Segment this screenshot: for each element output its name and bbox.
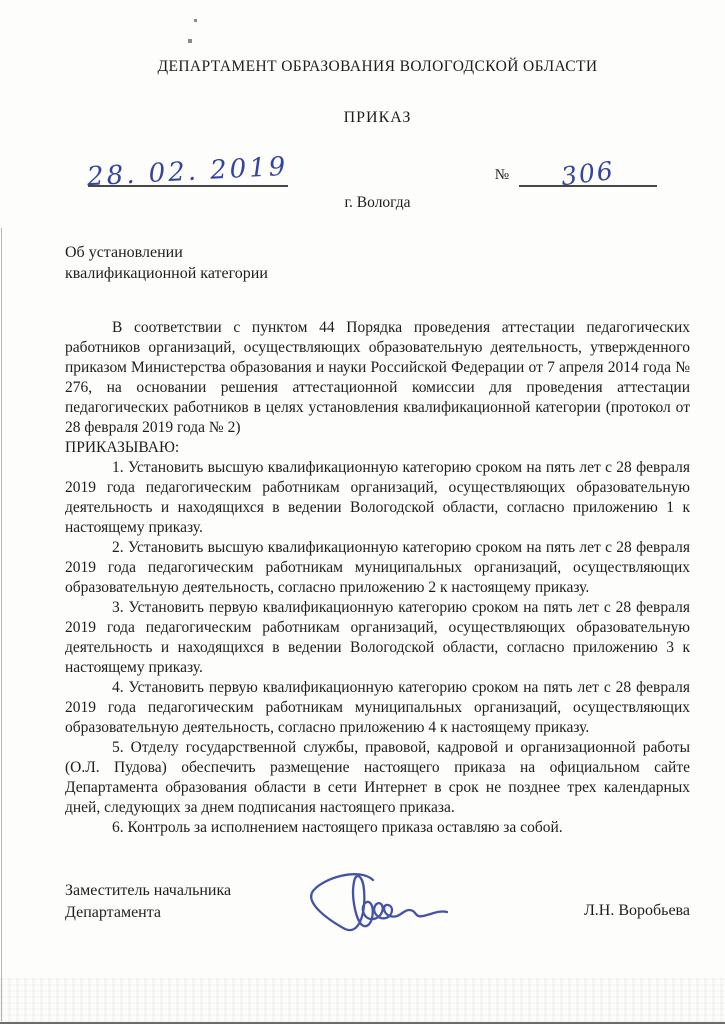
- order-item-3: 3. Установить первую квалификационную ка…: [65, 598, 690, 678]
- scan-speck: [194, 19, 197, 22]
- order-item-2: 2. Установить высшую квалификационную ка…: [65, 538, 690, 598]
- city-label: г. Вологда: [65, 194, 690, 212]
- signature-ink: [295, 858, 450, 946]
- handwritten-number: 306: [560, 156, 617, 191]
- scan-speck: [188, 39, 192, 43]
- number-group: № 306: [495, 143, 657, 187]
- signer-title-line-1: Заместитель начальника: [65, 880, 231, 902]
- number-sign: №: [495, 167, 509, 187]
- signer-name: Л.Н. Воробьева: [584, 902, 690, 920]
- intro-paragraph: В соответствии с пунктом 44 Порядка пров…: [65, 318, 690, 438]
- order-body: В соответствии с пунктом 44 Порядка пров…: [65, 318, 690, 838]
- subject-line-1: Об установлении: [65, 242, 690, 263]
- date-field: 28. 02. 2019: [88, 139, 288, 187]
- scan-left-edge: [1, 228, 2, 1021]
- subject-line-2: квалификационной категории: [65, 263, 690, 284]
- order-item-5: 5. Отделу государственной службы, правов…: [65, 738, 690, 818]
- number-field: 306: [519, 143, 657, 187]
- document-type-title: ПРИКАЗ: [65, 109, 690, 127]
- date-number-row: 28. 02. 2019 № 306: [65, 141, 690, 187]
- order-item-6: 6. Контроль за исполнением настоящего пр…: [65, 818, 690, 838]
- organization-name: ДЕПАРТАМЕНТ ОБРАЗОВАНИЯ ВОЛОГОДСКОЙ ОБЛА…: [65, 58, 690, 76]
- scan-noise: [0, 978, 725, 1022]
- signer-title: Заместитель начальника Департамента: [65, 880, 231, 924]
- document-page: ДЕПАРТАМЕНТ ОБРАЗОВАНИЯ ВОЛОГОДСКОЙ ОБЛА…: [0, 0, 725, 1024]
- order-item-1: 1. Установить высшую квалификационную ка…: [65, 458, 690, 538]
- order-item-4: 4. Установить первую квалификационную ка…: [65, 678, 690, 738]
- signer-title-line-2: Департамента: [65, 902, 231, 924]
- order-word: ПРИКАЗЫВАЮ:: [65, 438, 690, 458]
- subject-block: Об установлении квалификационной категор…: [65, 242, 690, 284]
- handwritten-date: 28. 02. 2019: [87, 152, 290, 192]
